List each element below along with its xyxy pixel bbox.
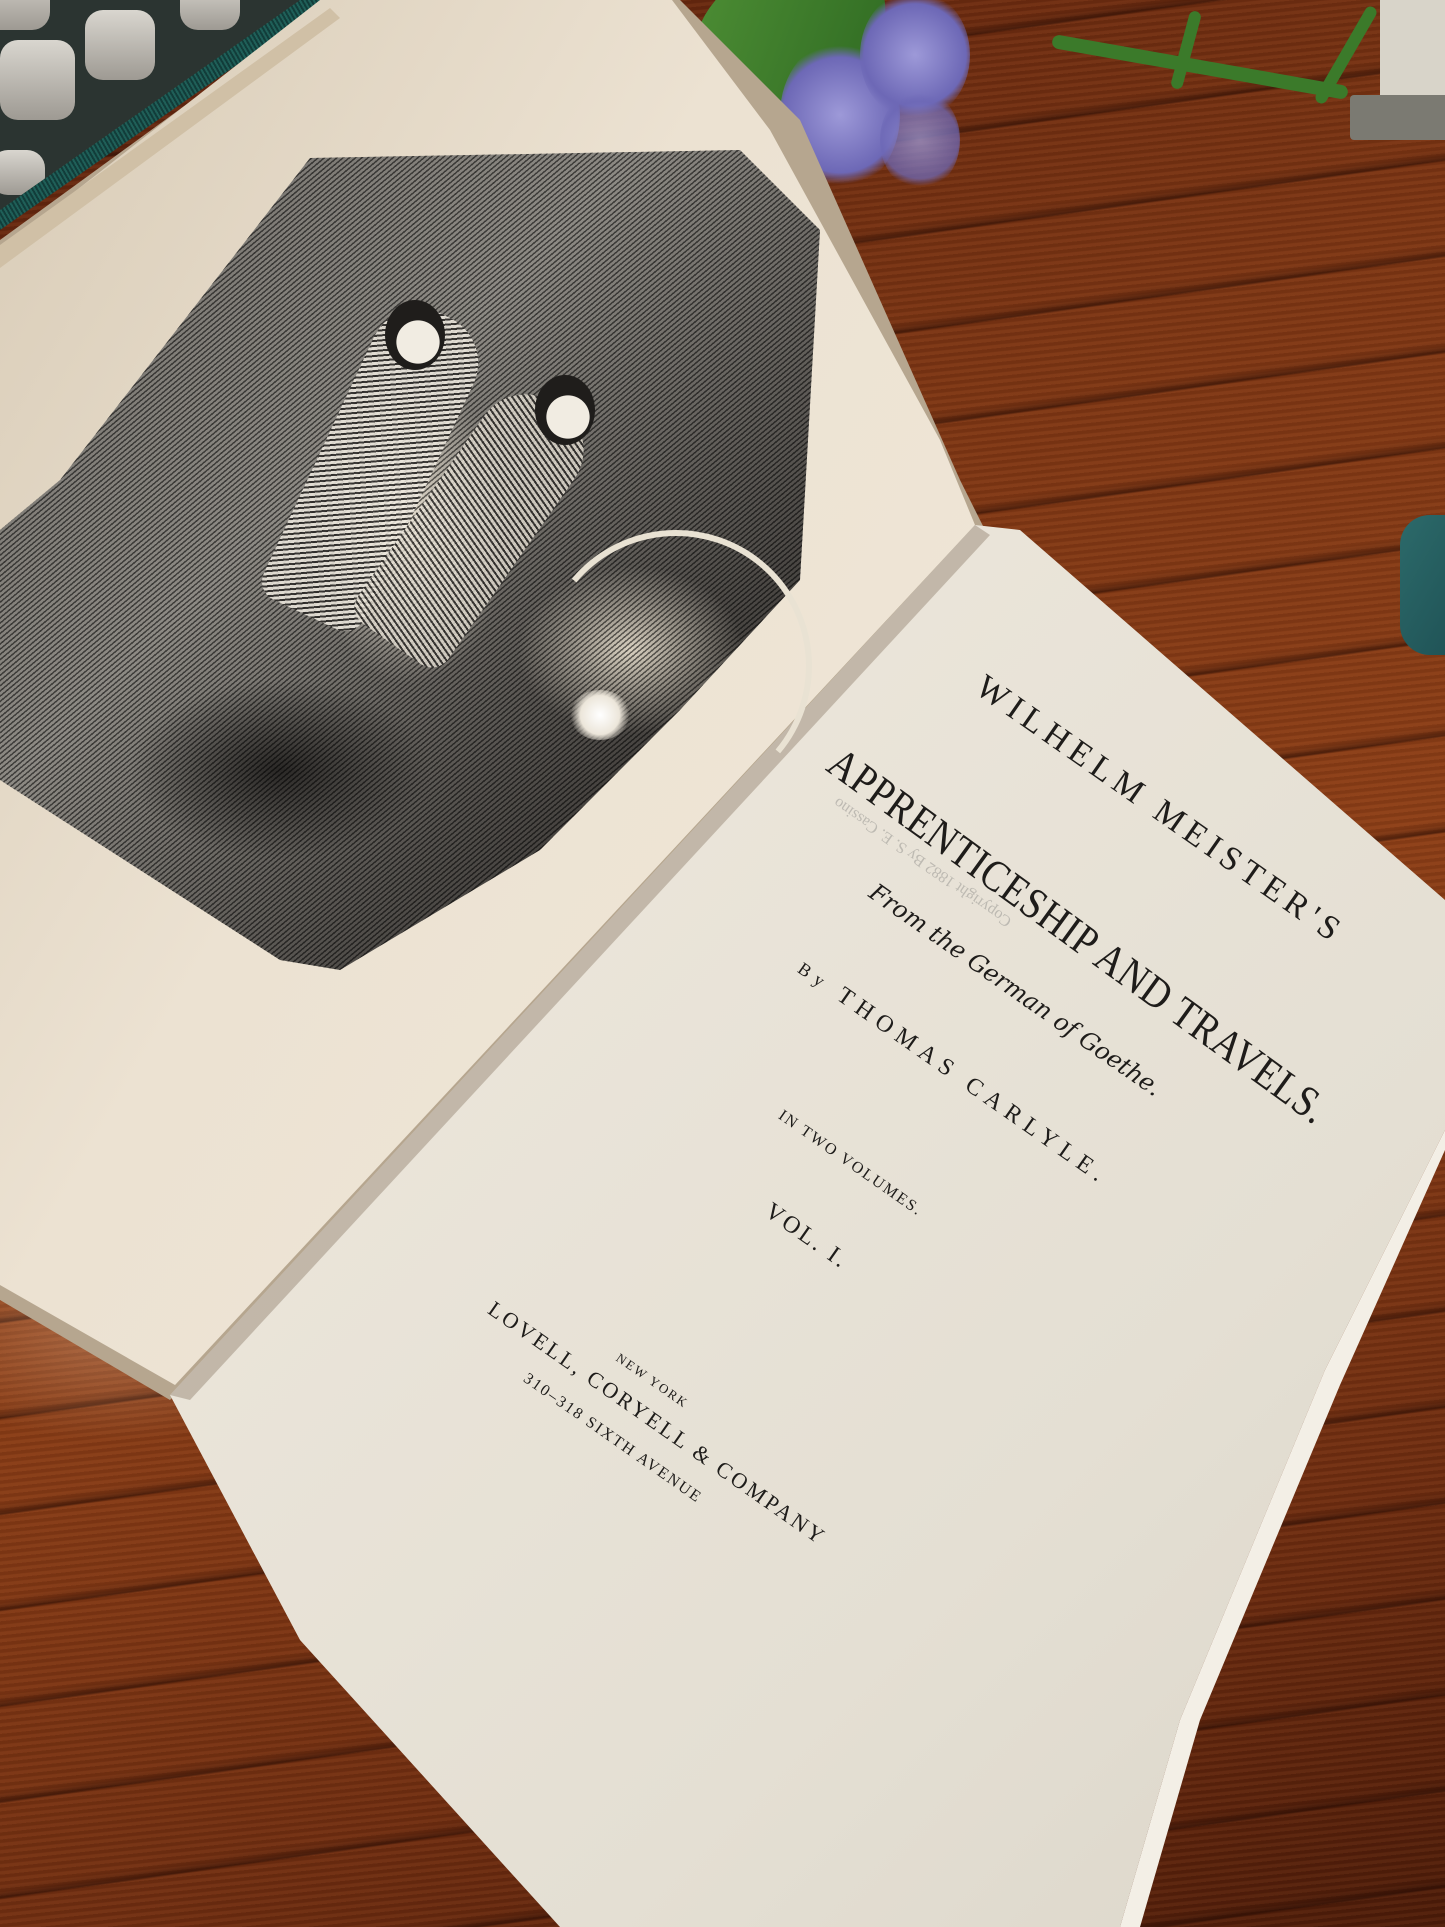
author-prefix: By xyxy=(794,958,834,994)
volume-number: VOL. I. xyxy=(760,1198,854,1275)
publisher-name: LOVELL, CORYELL & COMPANY xyxy=(483,1296,831,1551)
title-page: Copyright 1882 By S. E. Cassino WILHELM … xyxy=(0,0,1445,1927)
volumes-note: IN TWO VOLUMES. xyxy=(775,1107,926,1220)
title-line-2: APPRENTICESHIP AND TRAVELS. xyxy=(818,737,1338,1134)
